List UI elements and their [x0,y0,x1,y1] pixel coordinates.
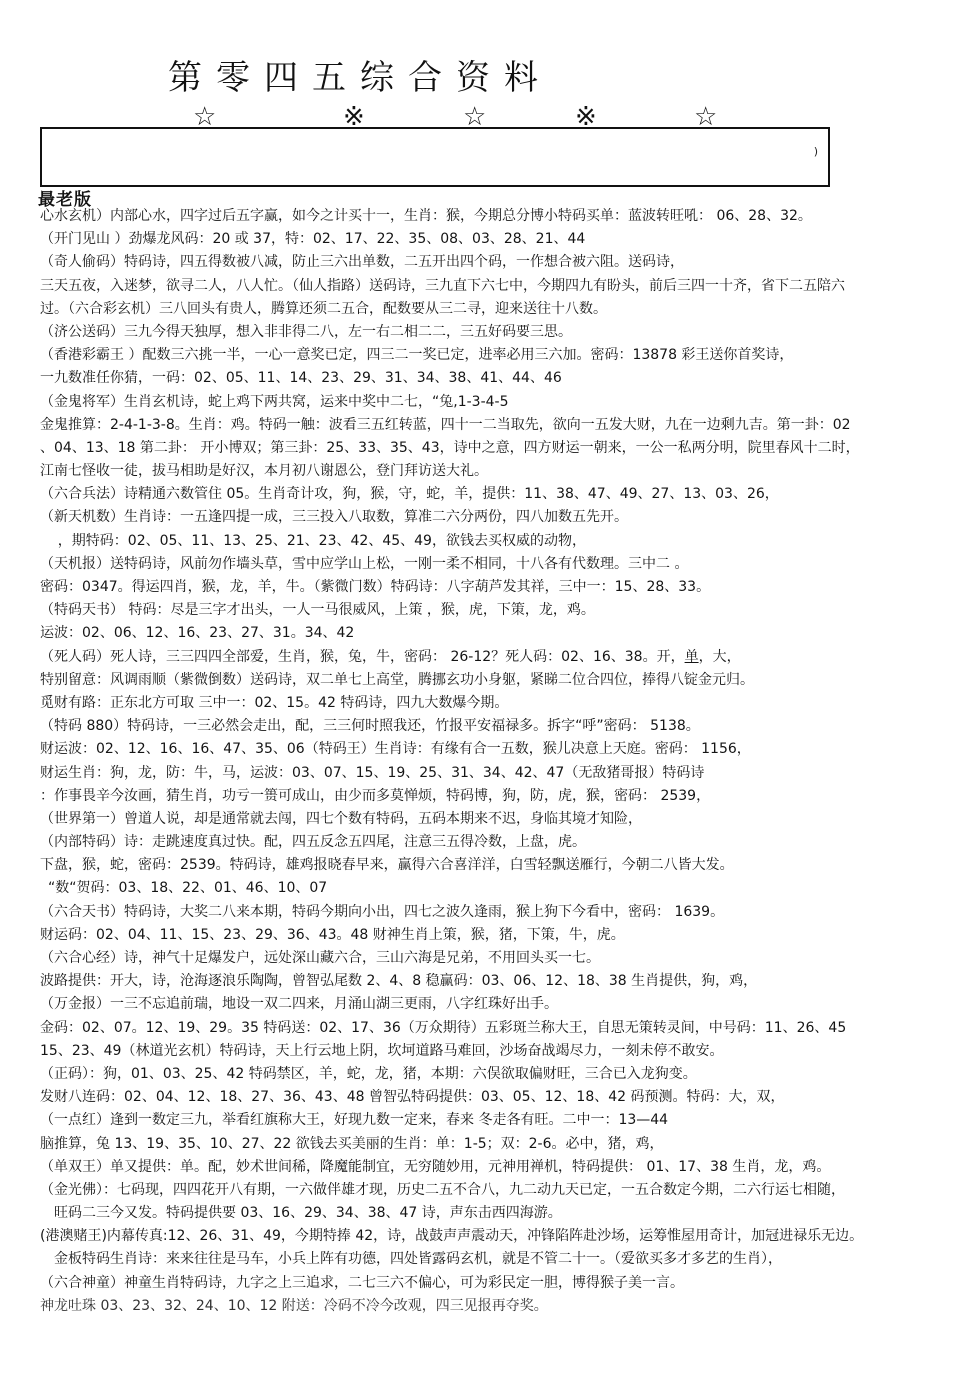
text-line: 、04、13、18 第二卦： 开小博双；第三卦：25、33、35、43，诗中之意… [40,437,940,460]
text-line: 15、23、49（林道光玄机）特码诗，天上行云地上阴，坎坷道路马难回，沙场奋战竭… [40,1040,940,1063]
text-segment: ，大， [699,649,741,665]
text-line: （特码天书） 特码：尽是三字才出头，一人一马很威风，上策 ，猴，虎，下策，龙，鸡… [40,599,940,622]
text-segment: （死人码）死人诗，三三四四全部爱，生肖，猴，兔，牛，密码： 26-12？死人码：… [40,649,685,665]
text-line: 三天五夜，入迷梦，欲寻二人，八人忙。（仙人指路）送码诗，三九直下六七中，今期四九… [40,275,940,298]
text-line: （新天机数）生肖诗：一五逢四提一成，三三投入八取数，算准二六分两份，四八加数五先… [40,506,940,529]
text-line: （六合天书）特码诗，大奖二八来本期，特码今期向小出，四七之波久逢雨，猴上狗下今看… [40,901,940,924]
text-line: 金板特码生肖诗：来来往往是马车，小兵上阵有功德，四处皆露码玄机，就是不管二十一。… [40,1248,940,1271]
content-body: 心水玄机）内部心水，四字过后五字赢，如今之计买十一，生肖：猴，今期总分博小特码买… [40,205,940,1318]
text-line: （死人码）死人诗，三三四四全部爱，生肖，猴，兔，牛，密码： 26-12？死人码：… [40,646,940,669]
text-line: “数“贺码：03、18、22、01、46、10、07 [40,877,940,900]
text-line: 财运生肖：狗，龙，防：牛，马，运波：03、07、15、19、25、31、34、4… [40,762,940,785]
page-title: 第零四五综合资料 [168,50,552,99]
text-line: （六合心经）诗，神气十足爆发户，远处深山藏六合，三山六海是兄弟，不用回头买一七。 [40,947,940,970]
underlined-text: 单 [685,649,699,665]
banner-mark: ) [814,145,818,158]
text-line: 一九数准任你猜，一码：02、05、11、14、23、29、31、34、38、41… [40,367,940,390]
text-line: 旺码二三今又发。特码提供要 03、16、29、34、38、47 诗，声东击西四海… [40,1202,940,1225]
text-line: 金鬼推算：2-4-1-3-8。生肖：鸡。特码一触：波看三五红转蓝，四十一二当取先… [40,414,940,437]
text-line: （香港彩霸王 ）配数三六挑一半，一心一意奖已定，四三二一奖已定，进率必用三六加。… [40,344,940,367]
text-line: （万金报）一三不忘追前瑞，地设一双二四来，月涌山湖三更雨，八字红珠好出手。 [40,993,940,1016]
text-line: 财运波：02、12、16、16、47、35、06（特码王）生肖诗：有缘有合一五数… [40,738,940,761]
text-line: 密码：0347。得运四肖，猴，龙，羊，牛。（紫微门数）特码诗：八字葫芦发其祥，三… [40,576,940,599]
text-line: 财运码：02、04、11、15、23、29、36、43。48 财神生肖上策，猴，… [40,924,940,947]
text-line: （特码 880）特码诗，一三必然会走出，配，三三何时照我还，竹报平安福禄多。拆字… [40,715,940,738]
text-line: 发财八连码：02、04、12、18、27、36、43、48 曾智弘特码提供：03… [40,1086,940,1109]
text-line: （内部特码）诗：走跳速度真过快。配，四五反念五四尾，注意三五得冷数，上盘，虎。 [40,831,940,854]
text-line: （正码）：狗，01、03、25、42 特码禁区，羊，蛇，龙，猪，本期：六俣欲取偏… [40,1063,940,1086]
text-line: （金光佛）：七码现，四四花开八有期，一六做伴雄才现，历史二五不合八，九二动九天已… [40,1179,940,1202]
text-line: 脑推算，兔 13、19、35、10、27、22 欲钱去买美丽的生肖：单：1-5；… [40,1133,940,1156]
text-line: （一点红）逢到一数定三九，举看红旗称大王，好现九数一定来，春来 冬走各有旺。二中… [40,1109,940,1132]
text-line: ，期特码：02、05、11、13、25、21、23、42、45、49，欲钱去买权… [40,530,940,553]
text-line: ：作事畏辛今汝画，猜生肖，功亏一篑可成山，由少而多莫惮烦，特码博，狗，防，虎，猴… [40,785,940,808]
text-line: (港澳赌王)内幕传真:12、26、31、49，今期特捧 42，诗，战鼓声声震动天… [40,1225,940,1248]
text-line: （六合神童）神童生肖特码诗，九字之上三追求，二七三六不偏心，可为彩民定一胆，博得… [40,1272,940,1295]
text-line: （天机报）送特码诗，风前勿作墙头草，雪中应学山上松，一刚一柔不相同，十八各有代数… [40,553,940,576]
banner-box: ) [40,127,830,187]
text-line: 下盘，猴，蛇，密码：2539。特码诗，雄鸡报晓春早来，赢得六合喜洋洋，白雪轻飘送… [40,854,940,877]
text-line: （济公送码）三九今得天独厚，想入非非得二八，左一右二相二二，三五好码要三思。 [40,321,940,344]
text-line: 觅财有路：正东北方可取 三中一：02、15。42 特码诗，四九大数爆今期。 [40,692,940,715]
text-line: （开门见山 ）劲爆龙风码：20 或 37，特：02、17、22、35、08、03… [40,228,940,251]
text-line: （金鬼将军）生肖玄机诗，蛇上鸡下两共窝，运来中奖中二七，“兔,1-3-4-5 [40,391,940,414]
text-line: 波路提供：开大，诗，沧海逐浪乐陶陶，曾智弘尾数 2、4、8 稳赢码：03、06、… [40,970,940,993]
text-line: 金码：02、07。12、19、29。35 特码送：02、17、36（万众期待）五… [40,1017,940,1040]
text-line: 运波：02、06、12、16、23、27、31。34、42 [40,622,940,645]
text-line: （六合兵法）诗精通六数管住 05。生肖奇计攻，狗，猴，守，蛇，羊，提供：11、3… [40,483,940,506]
text-line: 过。（六合彩玄机）三八回头有贵人，腾算还须二五合，配数要从三二寻，迎来送往十八数… [40,298,940,321]
text-line: （奇人偷码）特码诗，四五得数被八减，防止三六出单数，二五开出四个码，一作想合被六… [40,251,940,274]
text-line: 特别留意：风调雨顺（紫微倒数）送码诗，双二单七上高堂，腾挪玄功小身躯，紧睇二位合… [40,669,940,692]
text-line: 心水玄机）内部心水，四字过后五字赢，如今之计买十一，生肖：猴，今期总分博小特码买… [40,205,940,228]
text-line: 神龙吐珠 03、23、32、24、10、12 附送：冷码不冷今改观，四三见报再夺… [40,1295,940,1318]
text-line: （单双王）单又提供：单。配，妙术世间稀，降魔能制宜，无穷随妙用，元神用禅机，特码… [40,1156,940,1179]
text-line: （世界第一）曾道人说，却是通常就去闯，四七个数有特码，五码本期来不迟，身临其境才… [40,808,940,831]
text-line: 江南七怪收一徒，拔马相助是好汉，本月初八谢恩公，登门拜访送大礼。 [40,460,940,483]
